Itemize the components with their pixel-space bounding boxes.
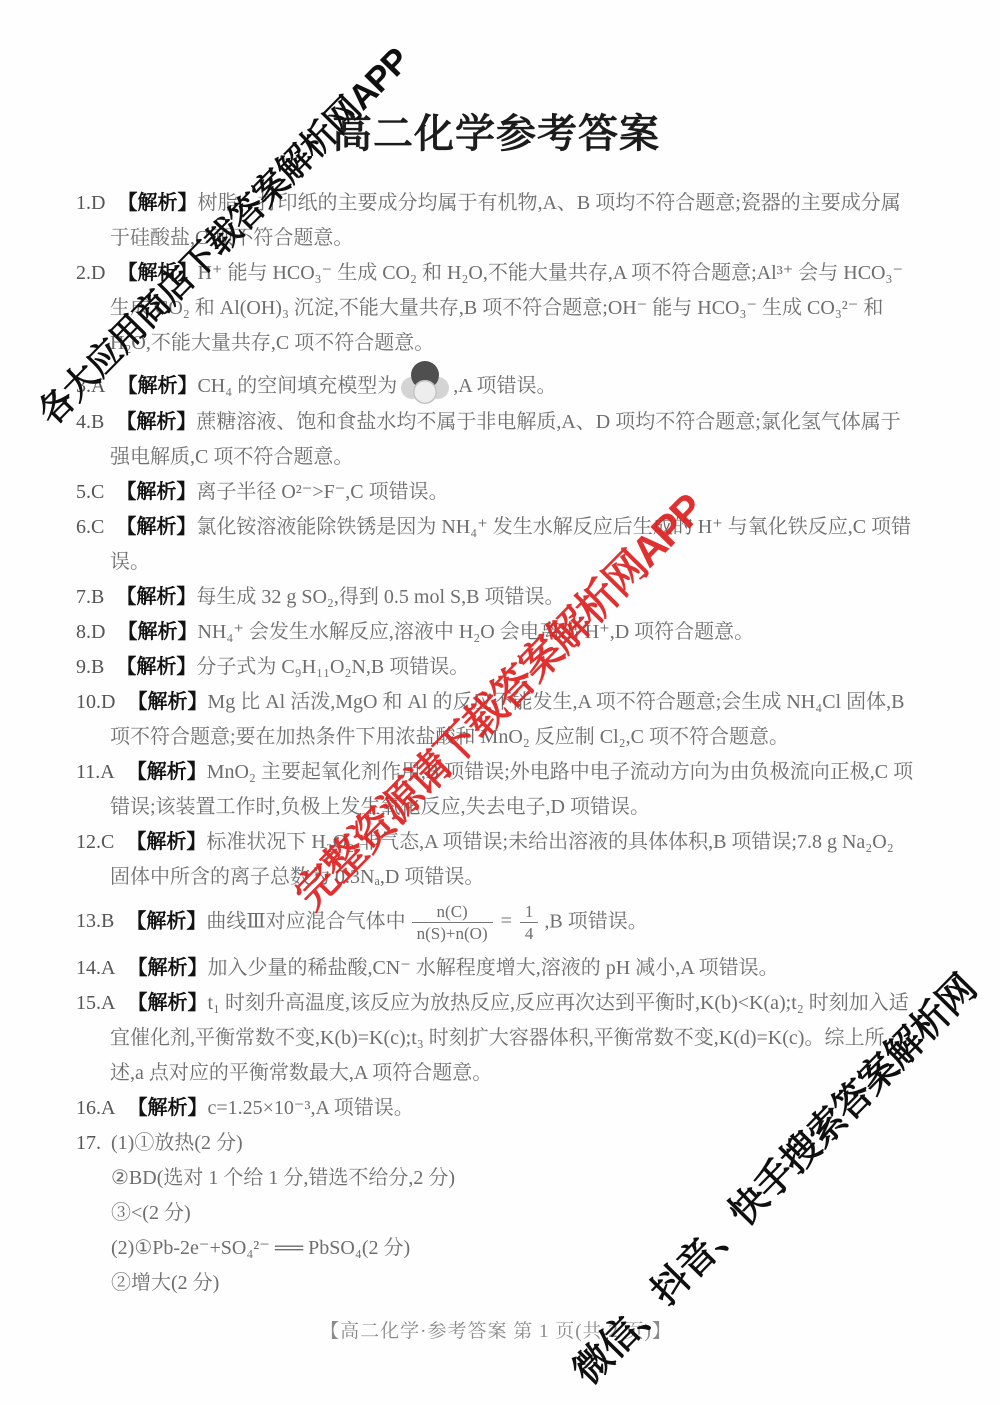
page-title: 高二化学参考答案 — [0, 102, 992, 159]
answer-number: 4.B — [76, 411, 104, 433]
answer-text: c=1.25×10⁻³,A 项错误。 — [207, 1097, 413, 1119]
answer-number: 7.B — [76, 586, 104, 608]
fraction-denominator: 4 — [520, 922, 539, 944]
exam-answer-sheet-page: 高二化学参考答案 1.D【解析】树脂、打印纸的主要成分均属于有机物,A、B 项均… — [0, 0, 1000, 1405]
analysis-label: 【解析】 — [116, 656, 196, 678]
q17-line: ③<(2 分) — [111, 1196, 918, 1231]
answer-number: 6.C — [76, 516, 104, 538]
answer-text: 每生成 32 g SO₂,得到 0.5 mol S,B 项错误。 — [196, 586, 564, 608]
answer-item: 13.B【解析】曲线Ⅲ对应混合气体中n(C)n(S)+n(O)=14,B 项错误… — [76, 901, 918, 945]
analysis-label: 【解析】 — [117, 192, 197, 214]
analysis-label: 【解析】 — [127, 761, 207, 783]
answer-number: 14.A — [76, 957, 115, 979]
analysis-label: 【解析】 — [127, 957, 207, 979]
equals-sign: = — [501, 910, 512, 932]
answer-item: 14.A【解析】加入少量的稀盐酸,CN⁻ 水解程度增大,溶液的 pH 减小,A … — [76, 951, 918, 986]
answer-number: 9.B — [76, 656, 104, 678]
answer-number: 2.D — [76, 262, 105, 284]
answer-item: 6.C【解析】氯化铵溶液能除铁锈是因为 NH₄⁺ 发生水解反应后生成的 H⁺ 与… — [76, 510, 918, 580]
analysis-label: 【解析】 — [117, 621, 197, 643]
answer-text: MnO₂ 主要起氧化剂作用,B 项错误;外电路中电子流动方向为由负极流向正极,C… — [110, 761, 913, 818]
answer-item: 2.D【解析】H⁺ 能与 HCO₃⁻ 生成 CO₂ 和 H₂O,不能大量共存,A… — [76, 256, 918, 361]
answer-number: 16.A — [76, 1097, 115, 1119]
fraction: 14 — [520, 901, 539, 945]
answer-item: 1.D【解析】树脂、打印纸的主要成分均属于有机物,A、B 项均不符合题意;瓷器的… — [76, 186, 918, 256]
answer-item: 8.D【解析】NH₄⁺ 会发生水解反应,溶液中 H₂O 会电离出 H⁺,D 项符… — [76, 615, 918, 650]
answer-text: H⁺ 能与 HCO₃⁻ 生成 CO₂ 和 H₂O,不能大量共存,A 项不符合题意… — [110, 262, 903, 354]
answer-number: 5.C — [76, 481, 104, 503]
answer-item: 7.B【解析】每生成 32 g SO₂,得到 0.5 mol S,B 项错误。 — [76, 580, 918, 615]
answer-number: 12.C — [76, 831, 114, 853]
answer-item: 3.A【解析】CH₄ 的空间填充模型为,A 项错误。 — [76, 361, 918, 405]
fraction-numerator: n(C) — [437, 901, 468, 922]
answer-item: 4.B【解析】蔗糖溶液、饱和食盐水均不属于非电解质,A、D 项均不符合题意;氯化… — [76, 405, 918, 475]
answer-text-pre: 曲线Ⅲ对应混合气体中 — [206, 910, 405, 932]
fraction-numerator: 1 — [525, 901, 534, 922]
page-footer: 【高二化学·参考答案 第 1 页(共 2 页)】 — [0, 1316, 992, 1343]
analysis-label: 【解析】 — [116, 516, 196, 538]
answer-text: 蔗糖溶液、饱和食盐水均不属于非电解质,A、D 项均不符合题意;氯化氢气体属于强电… — [110, 411, 901, 468]
answer-number: 10.D — [76, 691, 115, 713]
q17-lines: (1)①放热(2 分)②BD(选对 1 个给 1 分,错选不给分,2 分)③<(… — [111, 1126, 918, 1301]
answer-item: 9.B【解析】分子式为 C₉H₁₁O₂N,B 项错误。 — [76, 650, 918, 685]
answer-number: 8.D — [76, 621, 105, 643]
answer-text-post: ,A 项错误。 — [453, 375, 556, 397]
answer-item: 12.C【解析】标准状况下 H₂O₂ 非气态,A 项错误;未给出溶液的具体体积,… — [76, 825, 918, 895]
fraction: n(C)n(S)+n(O) — [412, 901, 493, 945]
analysis-label: 【解析】 — [127, 691, 207, 713]
answer-text: 标准状况下 H₂O₂ 非气态,A 项错误;未给出溶液的具体体积,B 项错误;7.… — [110, 831, 894, 888]
analysis-label: 【解析】 — [116, 411, 196, 433]
q17-line: (1)①放热(2 分) — [111, 1126, 918, 1161]
answer-number: 13.B — [76, 910, 114, 932]
analysis-label: 【解析】 — [117, 375, 197, 397]
analysis-label: 【解析】 — [116, 586, 196, 608]
fraction-denominator: n(S)+n(O) — [412, 922, 493, 944]
answer-text: 分子式为 C₉H₁₁O₂N,B 项错误。 — [196, 656, 469, 678]
answer-text: Mg 比 Al 活泼,MgO 和 Al 的反应不能发生,A 项不符合题意;会生成… — [110, 691, 904, 748]
answer-text-pre: CH₄ 的空间填充模型为 — [197, 375, 397, 397]
q17-line: ②BD(选对 1 个给 1 分,错选不给分,2 分) — [111, 1161, 918, 1196]
answer-text: 离子半径 O²⁻>F⁻,C 项错误。 — [196, 481, 448, 503]
analysis-label: 【解析】 — [126, 831, 206, 853]
answer-text-post: ,B 项错误。 — [544, 910, 647, 932]
q17-line: (2)①Pb-2e⁻+SO₄²⁻ ══ PbSO₄(2 分) — [111, 1231, 918, 1266]
analysis-label: 【解析】 — [127, 992, 207, 1014]
answer-item: 5.C【解析】离子半径 O²⁻>F⁻,C 项错误。 — [76, 475, 918, 510]
answer-text: t₁ 时刻升高温度,该反应为放热反应,反应再次达到平衡时,K(b)<K(a);t… — [110, 992, 909, 1084]
analysis-label: 【解析】 — [126, 910, 206, 932]
answer-number: 1.D — [76, 192, 105, 214]
ch4-space-filling-model-icon — [401, 361, 449, 405]
answer-item: 15.A【解析】t₁ 时刻升高温度,该反应为放热反应,反应再次达到平衡时,K(b… — [76, 986, 918, 1091]
answer-list: 1.D【解析】树脂、打印纸的主要成分均属于有机物,A、B 项均不符合题意;瓷器的… — [76, 186, 918, 1301]
analysis-label: 【解析】 — [117, 262, 197, 284]
answer-text: 氯化铵溶液能除铁锈是因为 NH₄⁺ 发生水解反应后生成的 H⁺ 与氧化铁反应,C… — [110, 516, 911, 573]
hydrogen-sphere — [413, 380, 437, 404]
answer-item-17: 17.(1)①放热(2 分)②BD(选对 1 个给 1 分,错选不给分,2 分)… — [76, 1126, 918, 1301]
answer-number: 17. — [76, 1126, 101, 1161]
answer-item: 11.A【解析】MnO₂ 主要起氧化剂作用,B 项错误;外电路中电子流动方向为由… — [76, 755, 918, 825]
answer-text: 树脂、打印纸的主要成分均属于有机物,A、B 项均不符合题意;瓷器的主要成分属于硅… — [110, 192, 901, 249]
answer-number: 15.A — [76, 992, 115, 1014]
analysis-label: 【解析】 — [116, 481, 196, 503]
answer-text: NH₄⁺ 会发生水解反应,溶液中 H₂O 会电离出 H⁺,D 项符合题意。 — [197, 621, 754, 643]
answer-item: 16.A【解析】c=1.25×10⁻³,A 项错误。 — [76, 1091, 918, 1126]
answer-text: 加入少量的稀盐酸,CN⁻ 水解程度增大,溶液的 pH 减小,A 项错误。 — [207, 957, 778, 979]
answer-number: 11.A — [76, 761, 115, 783]
answer-number: 3.A — [76, 375, 105, 397]
q17-line: ②增大(2 分) — [111, 1266, 918, 1301]
answer-item: 10.D【解析】Mg 比 Al 活泼,MgO 和 Al 的反应不能发生,A 项不… — [76, 685, 918, 755]
analysis-label: 【解析】 — [127, 1097, 207, 1119]
